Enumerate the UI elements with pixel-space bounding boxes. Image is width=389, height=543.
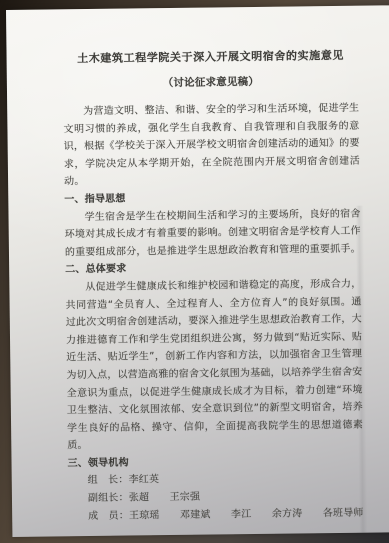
intro-paragraph: 为营造文明、整洁、和谐、安全的学习和生活环境，促进学生文明习惯的养成，强化学生自…	[63, 100, 360, 192]
roster-names-members: 王琼瑶 邓建斌 李江 余方涛 各班导师	[129, 507, 364, 521]
paper-sheet: 土木建筑工程学院关于深入开展文明宿舍的实施意见 （讨论征求意见稿） 为营造文明、…	[6, 5, 389, 537]
document-page: 土木建筑工程学院关于深入开展文明宿舍的实施意见 （讨论征求意见稿） 为营造文明、…	[6, 5, 389, 526]
section-body-overall-requirements: 从促进学生健康成长和维护校园和谐稳定的高度，形成合力，共同营造“全员育人、全过程…	[65, 276, 363, 456]
roster-names-leader: 李红英	[129, 475, 160, 486]
roster-role-leader: 组 长：	[88, 475, 129, 486]
roster-role-members: 成 员：	[88, 510, 129, 521]
doc-subtitle: （讨论征求意见稿）	[63, 74, 359, 92]
roster-role-deputy-leaders: 副组长：	[88, 493, 129, 504]
section-body-guiding-ideology: 学生宿舍是学生在校期间生活和学习的主要场所，良好的宿舍环境对其成长成才有着重要的…	[64, 205, 361, 261]
roster-names-deputy-leaders: 张超 王宗强	[129, 492, 201, 504]
doc-title: 土木建筑工程学院关于深入开展文明宿舍的实施意见	[63, 48, 359, 67]
photo-background: 土木建筑工程学院关于深入开展文明宿舍的实施意见 （讨论征求意见稿） 为营造文明、…	[0, 0, 389, 543]
roster-row-members: 成 员：王琼瑶 邓建斌 李江 余方涛 各班导师	[88, 504, 364, 525]
